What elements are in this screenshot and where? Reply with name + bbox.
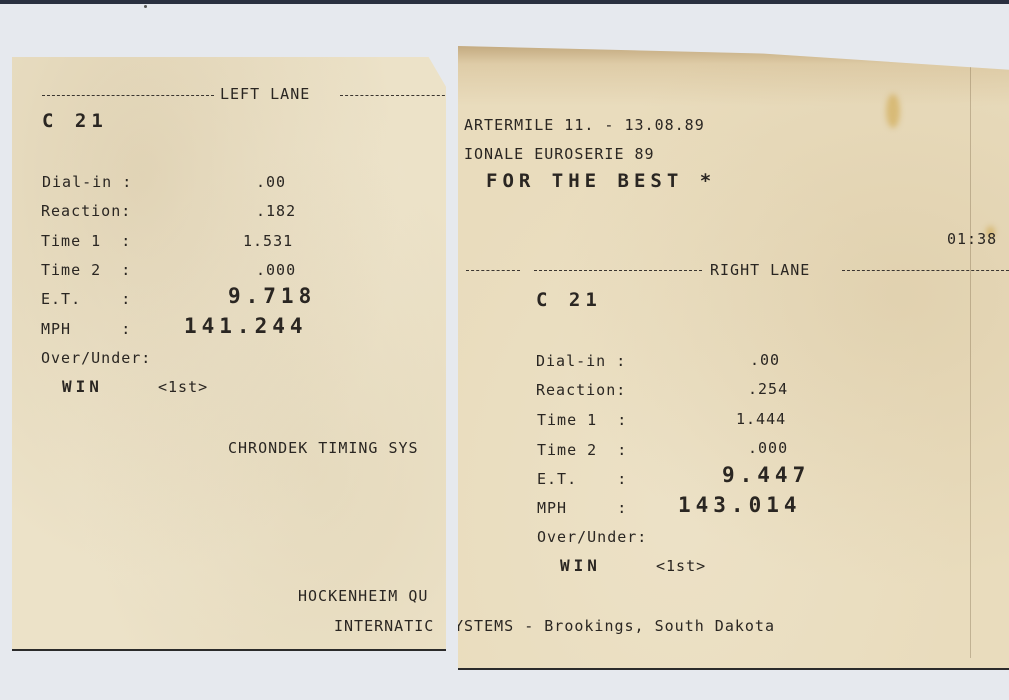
et-label: E.T. : — [537, 470, 627, 488]
left-lane-timeslip: LEFT LANE C 21 Dial-in : .00 Reaction: .… — [12, 57, 446, 651]
reaction-label: Reaction: — [536, 381, 626, 399]
paper-stain — [886, 94, 900, 128]
reaction-value: .254 — [748, 380, 788, 398]
timing-system-footer: CHRONDEK TIMING SYS — [228, 439, 419, 457]
et-value: 9.447 — [722, 466, 810, 484]
lane-header: RIGHT LANE — [710, 261, 810, 279]
result-win: WIN — [62, 378, 103, 396]
et-label: E.T. : — [41, 290, 131, 308]
dial-in-label: Dial-in : — [536, 352, 626, 370]
company-footer: YSTEMS - Brookings, South Dakota — [458, 617, 775, 635]
dial-in-value: .00 — [750, 351, 780, 369]
finish-position: <1st> — [158, 378, 208, 396]
event-title: ARTERMILE 11. - 13.08.89 — [464, 116, 705, 134]
mph-label: MPH : — [537, 499, 627, 517]
reaction-label: Reaction: — [41, 202, 131, 220]
dial-in-value: .00 — [256, 173, 286, 191]
event-footer: HOCKENHEIM QU — [298, 587, 428, 605]
time1-label: Time 1 : — [537, 411, 627, 429]
run-time: 01:38 — [947, 230, 997, 248]
over-under-label: Over/Under: — [537, 528, 647, 546]
time1-value: 1.531 — [243, 232, 293, 250]
time1-value: 1.444 — [736, 410, 786, 428]
reaction-value: .182 — [256, 202, 296, 220]
time2-label: Time 2 : — [41, 261, 131, 279]
slogan: FOR THE BEST * — [486, 172, 716, 190]
mph-label: MPH : — [41, 320, 131, 338]
dial-in-label: Dial-in : — [42, 173, 132, 191]
lane-header: LEFT LANE — [220, 85, 310, 103]
time1-label: Time 1 : — [41, 232, 131, 250]
car-class: C 21 — [536, 291, 602, 309]
paper-crease — [970, 66, 971, 658]
header-rule-left — [466, 270, 520, 271]
et-value: 9.718 — [228, 287, 316, 305]
dust-speck — [144, 5, 147, 8]
header-rule-right — [842, 270, 1009, 271]
mph-value: 143.014 — [678, 496, 802, 514]
mph-value: 141.244 — [184, 317, 308, 335]
car-class: C 21 — [42, 112, 108, 130]
company-footer: INTERNATIC — [334, 617, 434, 635]
time2-value: .000 — [256, 261, 296, 279]
finish-position: <1st> — [656, 557, 706, 575]
over-under-label: Over/Under: — [41, 349, 151, 367]
result-win: WIN — [560, 557, 601, 575]
time2-value: .000 — [748, 439, 788, 457]
time2-label: Time 2 : — [537, 441, 627, 459]
scanner-edge — [0, 0, 1009, 4]
event-series: IONALE EUROSERIE 89 — [464, 145, 655, 163]
right-lane-timeslip: ARTERMILE 11. - 13.08.89 IONALE EUROSERI… — [458, 46, 1009, 670]
header-rule-left — [42, 95, 214, 96]
header-rule-mid — [534, 270, 702, 271]
header-rule-right — [340, 95, 446, 96]
